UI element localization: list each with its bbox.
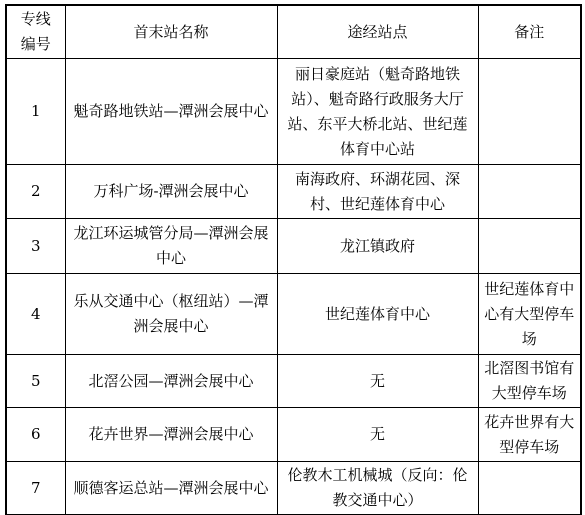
table-row: 1 魁奇路地铁站—潭洲会展中心 丽日豪庭站（魁奇路地铁站）、魁奇路行政服务大厅站… [6,59,581,165]
cell-via-stops: 南海政府、环湖花园、深村、世纪莲体育中心 [277,165,478,219]
header-line-number: 专线编号 [6,5,65,59]
cell-remarks: 花卉世界有大型停车场 [478,408,581,462]
cell-remarks: 北滘图书馆有大型停车场 [478,355,581,408]
table-row: 5 北滘公园—潭洲会展中心 无 北滘图书馆有大型停车场 [6,355,581,408]
cell-line-number: 5 [6,355,65,408]
header-row: 专线编号 首末站名称 途经站点 备注 [6,5,581,59]
cell-terminus-name: 魁奇路地铁站—潭洲会展中心 [65,59,277,165]
header-via-stops: 途经站点 [277,5,478,59]
table-row: 2 万科广场-潭洲会展中心 南海政府、环湖花园、深村、世纪莲体育中心 [6,165,581,219]
cell-line-number: 3 [6,219,65,274]
cell-via-stops: 无 [277,355,478,408]
bus-line-table: 专线编号 首末站名称 途经站点 备注 1 魁奇路地铁站—潭洲会展中心 丽日豪庭站… [5,4,582,515]
cell-via-stops: 无 [277,408,478,462]
table-row: 6 花卉世界—潭洲会展中心 无 花卉世界有大型停车场 [6,408,581,462]
cell-remarks [478,219,581,274]
cell-remarks [478,165,581,219]
table-row: 7 顺德客运总站—潭洲会展中心 伦教木工机械城（反向：伦教交通中心） [6,462,581,515]
cell-remarks [478,462,581,515]
cell-terminus-name: 顺德客运总站—潭洲会展中心 [65,462,277,515]
cell-terminus-name: 北滘公园—潭洲会展中心 [65,355,277,408]
cell-line-number: 1 [6,59,65,165]
cell-via-stops: 世纪莲体育中心 [277,274,478,355]
cell-via-stops: 伦教木工机械城（反向：伦教交通中心） [277,462,478,515]
cell-terminus-name: 万科广场-潭洲会展中心 [65,165,277,219]
cell-via-stops: 龙江镇政府 [277,219,478,274]
cell-line-number: 6 [6,408,65,462]
cell-line-number: 4 [6,274,65,355]
table-row: 3 龙江环运城管分局—潭洲会展中心 龙江镇政府 [6,219,581,274]
cell-remarks [478,59,581,165]
cell-line-number: 7 [6,462,65,515]
cell-terminus-name: 花卉世界—潭洲会展中心 [65,408,277,462]
header-terminus-name: 首末站名称 [65,5,277,59]
cell-terminus-name: 龙江环运城管分局—潭洲会展中心 [65,219,277,274]
cell-line-number: 2 [6,165,65,219]
cell-terminus-name: 乐从交通中心（枢纽站）—潭洲会展中心 [65,274,277,355]
cell-via-stops: 丽日豪庭站（魁奇路地铁站）、魁奇路行政服务大厅站、东平大桥北站、世纪莲体育中心站 [277,59,478,165]
header-remarks: 备注 [478,5,581,59]
table-row: 4 乐从交通中心（枢纽站）—潭洲会展中心 世纪莲体育中心 世纪莲体育中心有大型停… [6,274,581,355]
cell-remarks: 世纪莲体育中心有大型停车场 [478,274,581,355]
